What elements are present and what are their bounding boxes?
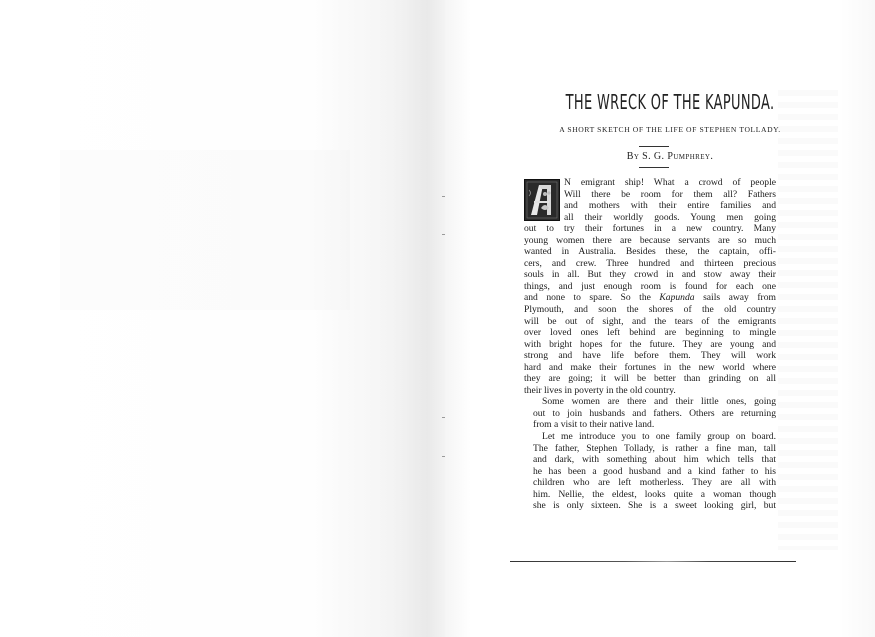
ornamental-drop-cap-icon	[524, 179, 560, 221]
divider-rule	[639, 146, 669, 147]
article-subtitle: A SHORT SKETCH OF THE LIFE OF STEPHEN TO…	[515, 125, 825, 134]
author-byline: By S. G. Pumphrey.	[520, 151, 820, 162]
gutter-mark	[442, 456, 445, 457]
divider-rule	[639, 167, 669, 168]
paragraph: N emigrant ship! What a crowd of people …	[524, 177, 776, 396]
article-title: THE WRECK OF THE KAPUNDA.	[562, 90, 778, 114]
gutter-mark	[442, 417, 445, 418]
ship-name: Kapunda	[659, 292, 694, 303]
page-bottom-rule	[510, 561, 796, 562]
article-body: N emigrant ship! What a crowd of people …	[524, 177, 776, 512]
left-page-blank	[0, 0, 445, 637]
paragraph: Let me introduce you to one family group…	[524, 431, 776, 512]
gutter-mark	[442, 196, 445, 197]
paragraph: Some women are there and their little on…	[524, 396, 776, 431]
gutter-mark	[442, 234, 445, 235]
scanned-book-spread: THE WRECK OF THE KAPUNDA. A SHORT SKETCH…	[0, 0, 875, 637]
